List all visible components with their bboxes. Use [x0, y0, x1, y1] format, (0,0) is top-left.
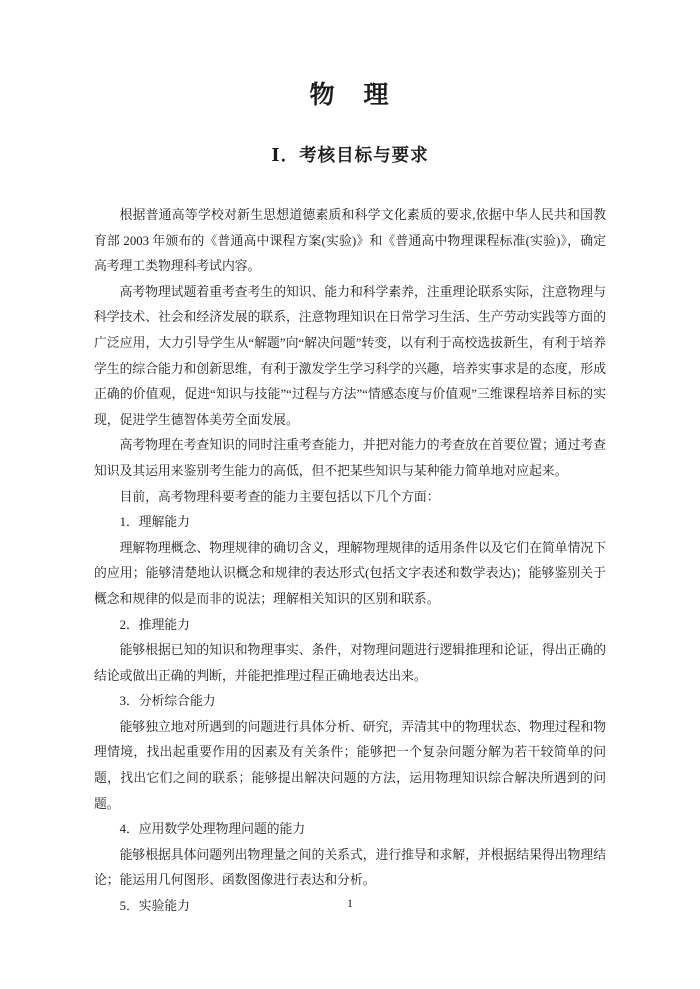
- paragraph-exam-purpose: 高考物理试题着重考查考生的知识、能力和科学素养，注重理论联系实际，注意物理与科学…: [94, 280, 606, 434]
- paragraph-analysis-desc: 能够独立地对所遇到的问题进行具体分析、研究，弄清其中的物理状态、物理过程和物理情…: [94, 715, 606, 817]
- paragraph-ability-focus: 高考物理在考查知识的同时注重考查能力，并把对能力的考查放在首要位置；通过考查知识…: [94, 433, 606, 484]
- item-heading-understanding: 1．理解能力: [94, 510, 606, 536]
- document-title: 物 理: [0, 78, 700, 114]
- paragraph-reasoning-desc: 能够根据已知的知识和物理事实、条件，对物理问题进行逻辑推理和论证，得出正确的结论…: [94, 638, 606, 689]
- document-page: 物 理 Ⅰ．考核目标与要求 根据普通高等学校对新生思想道德素质和科学文化素质的要…: [0, 0, 700, 989]
- section-heading: Ⅰ．考核目标与要求: [0, 142, 700, 168]
- paragraph-intro: 根据普通高等学校对新生思想道德素质和科学文化素质的要求,依据中华人民共和国教育部…: [94, 203, 606, 280]
- paragraph-ability-list-lead: 目前，高考物理科要考查的能力主要包括以下几个方面：: [94, 485, 606, 511]
- item-heading-math-application: 4．应用数学处理物理问题的能力: [94, 817, 606, 843]
- document-body: 根据普通高等学校对新生思想道德素质和科学文化素质的要求,依据中华人民共和国教育部…: [94, 203, 606, 920]
- paragraph-understanding-desc: 理解物理概念、物理规律的确切含义，理解物理规律的适用条件以及它们在简单情况下的应…: [94, 536, 606, 613]
- item-heading-analysis: 3．分析综合能力: [94, 689, 606, 715]
- item-heading-reasoning: 2．推理能力: [94, 613, 606, 639]
- page-number: 1: [0, 895, 700, 911]
- paragraph-math-application-desc: 能够根据具体问题列出物理量之间的关系式，进行推导和求解，并根据结果得出物理结论；…: [94, 843, 606, 894]
